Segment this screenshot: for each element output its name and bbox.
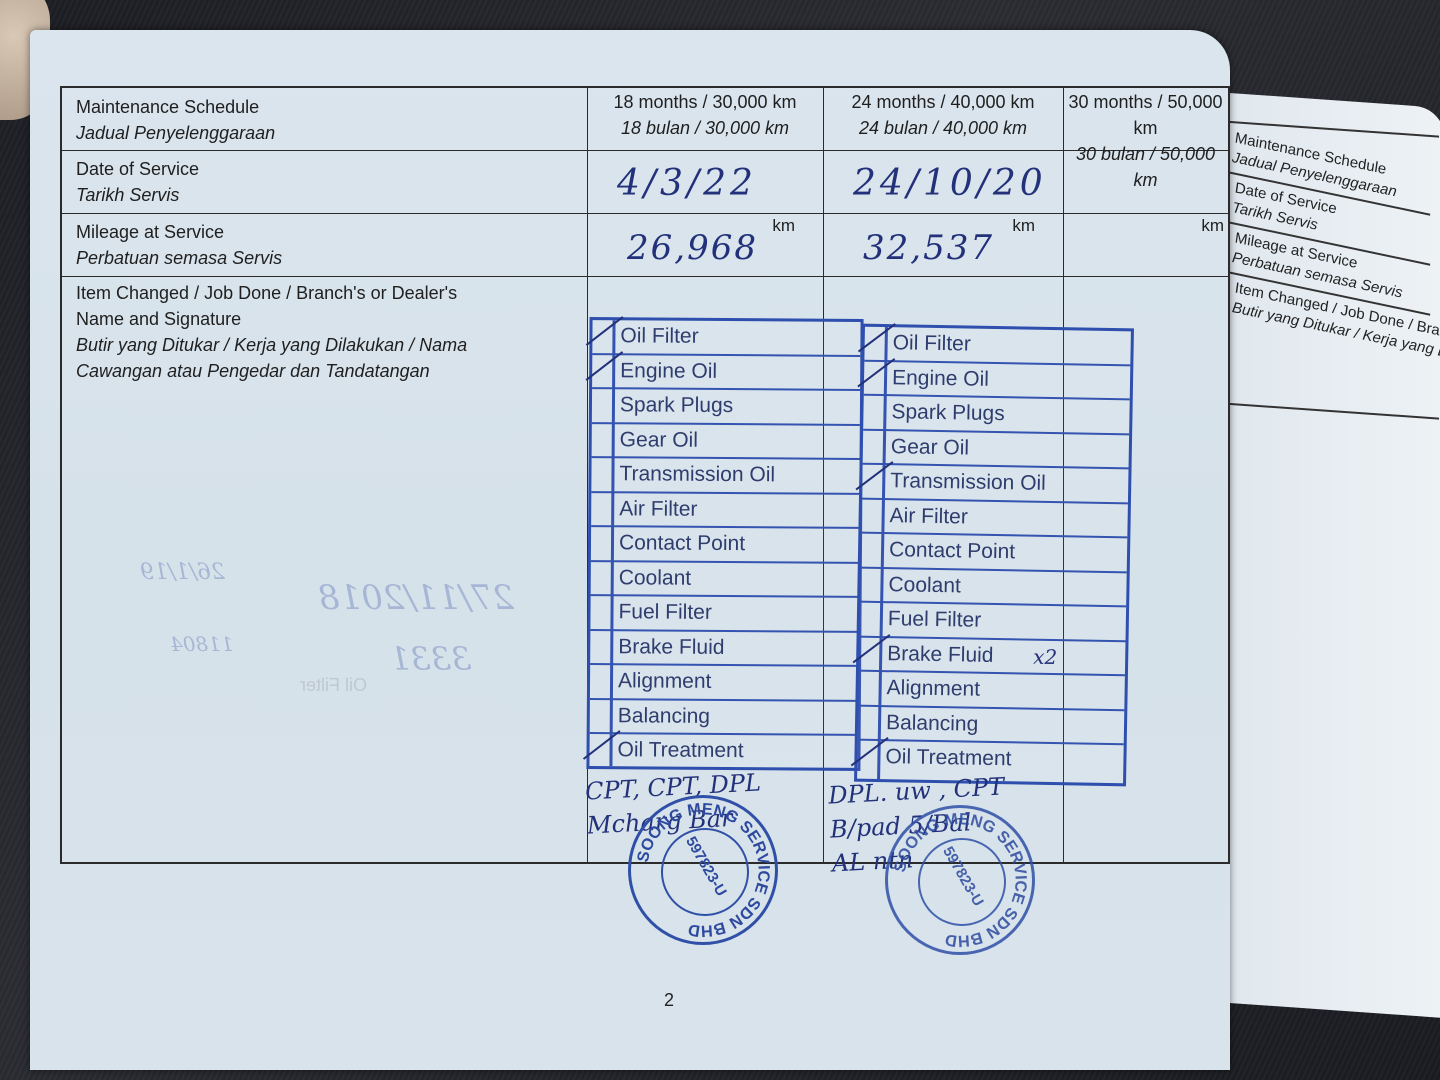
checklist-item-label: Gear Oil	[891, 435, 970, 459]
company-seal: SOONG MENG SERVICE SDN BHD 597823-U	[628, 795, 778, 945]
checklist-item: Spark Plugs	[863, 396, 1130, 435]
checklist-item-label: Contact Point	[619, 531, 745, 555]
km-unit: km	[1201, 216, 1224, 236]
checklist-item: Oil Filter	[592, 320, 860, 356]
checklist-item-label: Oil Filter	[892, 331, 971, 355]
checkmark-icon	[856, 461, 894, 490]
header-ms: 18 bulan / 30,000 km	[587, 115, 823, 141]
company-seal: SOONG MENG SERVICE SDN BHD 597823-U	[885, 805, 1035, 955]
label-ms: Jadual Penyelenggaraan	[76, 120, 275, 146]
checklist-item: Brake Fluid	[590, 631, 858, 667]
checklist-item: Alignment	[858, 672, 1125, 711]
checklist-item: Balancing	[858, 706, 1125, 745]
checklist-stamp-18-months: Oil FilterEngine OilSpark PlugsGear OilT…	[586, 317, 863, 771]
checklist-item-label: Oil Treatment	[617, 738, 743, 762]
km-unit: km	[772, 216, 795, 236]
checkmark-icon	[853, 634, 891, 663]
checklist-item-label: Oil Filter	[620, 324, 698, 348]
checklist-item-label: Fuel Filter	[618, 600, 712, 624]
checkmark-icon	[857, 358, 895, 387]
column-header: 18 months / 30,000 km 18 bulan / 30,000 …	[587, 88, 823, 141]
label-en: Date of Service	[76, 156, 199, 182]
checklist-item: Fuel Filter	[860, 603, 1127, 642]
checklist-item-label: Engine Oil	[892, 366, 989, 391]
checkmark-icon	[586, 316, 624, 346]
label-ms: Tarikh Servis	[76, 182, 199, 208]
column-header: 30 months / 50,000 km 30 bulan / 50,000 …	[1063, 88, 1228, 193]
checklist-item-label: Brake Fluid	[887, 642, 994, 667]
label-en: Mileage at Service	[76, 219, 282, 245]
checklist-item: Air Filter	[861, 499, 1128, 538]
label-ms: Cawangan atau Pengedar dan Tandatangan	[76, 358, 467, 384]
checklist-item: Contact Point	[591, 527, 859, 563]
checklist-item-label: Coolant	[888, 573, 961, 597]
checklist-item: Balancing	[590, 700, 858, 736]
page-number: 2	[664, 990, 674, 1011]
checklist-item: Brake Fluidx2	[859, 637, 1126, 676]
checklist-item: Transmission Oil	[591, 458, 859, 494]
checklist-stamp-24-months: Oil FilterEngine OilSpark PlugsGear OilT…	[854, 324, 1134, 787]
label-ms: Perbatuan semasa Servis	[76, 245, 282, 271]
checklist-item-label: Gear Oil	[620, 428, 698, 452]
checklist-item-label: Engine Oil	[620, 359, 717, 383]
checklist-item-label: Transmission Oil	[619, 462, 775, 486]
header-ms: 24 bulan / 40,000 km	[823, 115, 1063, 141]
checklist-item-label: Contact Point	[889, 538, 1015, 563]
next-page: Maintenance Schedule Jadual Penyelenggar…	[1215, 92, 1440, 1018]
checklist-item: Engine Oil	[592, 355, 860, 391]
checklist-item-label: Brake Fluid	[618, 635, 724, 659]
checklist-item: Contact Point	[861, 534, 1128, 573]
checklist-item-label: Alignment	[886, 676, 980, 701]
label-en: Item Changed / Job Done / Branch's or De…	[76, 280, 467, 306]
checklist-item: Coolant	[860, 568, 1127, 607]
checklist-item-label: Air Filter	[619, 497, 697, 521]
checklist-item: Coolant	[591, 562, 859, 598]
checklist-item-label: Transmission Oil	[890, 469, 1046, 495]
column-header: 24 months / 40,000 km 24 bulan / 40,000 …	[823, 88, 1063, 141]
checklist-item: Gear Oil	[592, 424, 860, 460]
checklist-item: Spark Plugs	[592, 389, 860, 425]
header-ms: 30 bulan / 50,000 km	[1063, 141, 1228, 193]
label-en: Maintenance Schedule	[76, 94, 275, 120]
service-date: 24/10/20	[853, 163, 1047, 204]
checklist-item-label: Spark Plugs	[620, 393, 733, 417]
next-page-table: Maintenance Schedule Jadual Penyelenggar…	[1227, 121, 1439, 420]
checklist-item-label: Alignment	[618, 669, 712, 693]
checklist-item: Oil Treatment	[589, 734, 857, 770]
header-en: 18 months / 30,000 km	[613, 92, 796, 112]
checklist-item-label: Air Filter	[889, 504, 968, 528]
label-en: Name and Signature	[76, 306, 467, 332]
header-en: 30 months / 50,000 km	[1068, 92, 1222, 138]
service-date: 4/3/22	[617, 163, 757, 204]
checklist-item-label: Spark Plugs	[891, 400, 1005, 425]
service-mileage: 32,537	[863, 228, 994, 268]
checkmark-icon	[851, 737, 889, 766]
row-label-schedule: Maintenance Schedule Jadual Penyelenggar…	[76, 94, 275, 146]
checkmark-icon	[586, 351, 624, 381]
row-label-items: Item Changed / Job Done / Branch's or De…	[76, 280, 467, 384]
checklist-item: Fuel Filter	[590, 596, 858, 632]
checkmark-icon	[583, 730, 621, 760]
checklist-item: Alignment	[590, 665, 858, 701]
checklist-item: Air Filter	[591, 493, 859, 529]
label-ms: Butir yang Ditukar / Kerja yang Dilakuka…	[76, 332, 467, 358]
checklist-item-label: Coolant	[619, 566, 692, 590]
km-unit: km	[1012, 216, 1035, 236]
handwritten-note: x2	[1033, 640, 1058, 672]
header-en: 24 months / 40,000 km	[851, 92, 1034, 112]
checklist-item-label: Balancing	[886, 711, 979, 736]
checklist-item: Engine Oil	[864, 361, 1131, 400]
checklist-item-label: Oil Treatment	[885, 745, 1011, 770]
checklist-item-label: Balancing	[618, 704, 710, 728]
service-mileage: 26,968	[627, 228, 758, 268]
checklist-item: Gear Oil	[863, 430, 1130, 469]
checkmark-icon	[858, 323, 896, 352]
checklist-item: Oil Filter	[864, 327, 1131, 366]
row-label-date: Date of Service Tarikh Servis	[76, 156, 199, 208]
checklist-item-label: Fuel Filter	[888, 607, 982, 632]
label-column: Maintenance Schedule Jadual Penyelenggar…	[62, 88, 588, 862]
row-label-mileage: Mileage at Service Perbatuan semasa Serv…	[76, 219, 282, 271]
checklist-item: Transmission Oil	[862, 465, 1129, 504]
